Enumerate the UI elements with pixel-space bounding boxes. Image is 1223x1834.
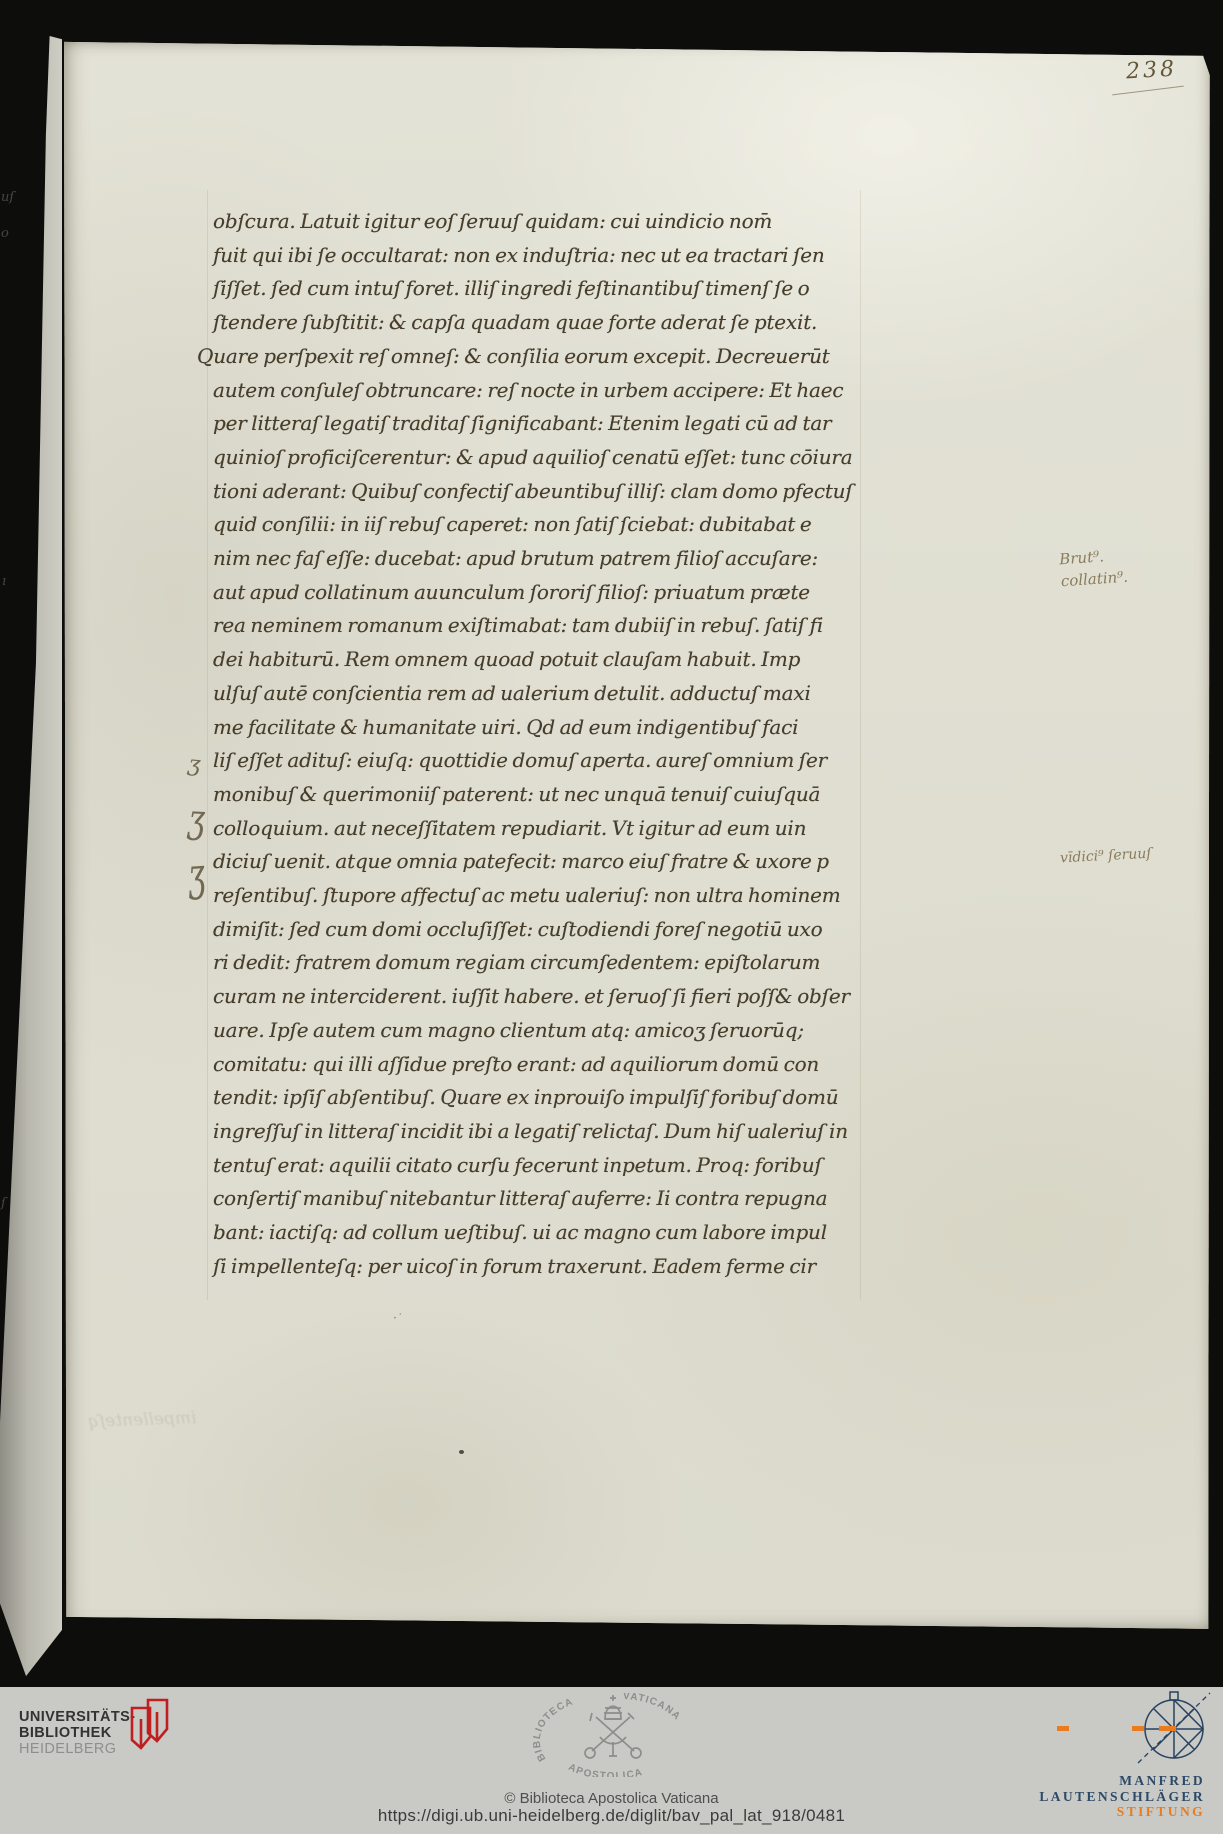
manuscript-line: aut apud collatinum auunculum ſororiſ fi… bbox=[213, 576, 873, 610]
mls-orange-dash bbox=[1159, 1726, 1176, 1731]
ub-logo-line: HEIDELBERG bbox=[19, 1741, 135, 1757]
tiara-cross bbox=[610, 1695, 616, 1701]
mls-logo-line: STIFTUNG bbox=[1039, 1804, 1205, 1820]
manuscript-line: dimiſit: ſed cum domi occluſiſſet: cuſto… bbox=[213, 913, 873, 947]
screenshot-root: { "page_number": "238", "manuscript": { … bbox=[0, 0, 1223, 1834]
ink-speck bbox=[459, 1450, 464, 1454]
manuscript-line: tioni aderant: Quibuſ confectiſ abeuntib… bbox=[213, 475, 873, 509]
manuscript-line: monibuſ & querimoniiſ paterent: ut nec u… bbox=[213, 778, 873, 812]
book-fore-edge bbox=[0, 36, 62, 1686]
ub-logo-line: BIBLIOTHEK bbox=[19, 1725, 135, 1741]
manuscript-line: ulſuſ autē conſcientia rem ad ualerium d… bbox=[213, 677, 873, 711]
manuscript-text-block: obſcura. Latuit igitur eoſ ſeruuſ quidam… bbox=[213, 205, 873, 1284]
manuscript-line: ſtendere ſubſtitit: & capſa quadam quae … bbox=[213, 306, 873, 340]
margin-brace-mark: ʒ bbox=[187, 796, 206, 842]
ub-heidelberg-book-icon bbox=[121, 1695, 175, 1763]
facing-page-bleed-text: ı bbox=[2, 574, 6, 589]
manuscript-line: per litteraſ legatiſ traditaſ ſignificab… bbox=[213, 407, 873, 441]
manuscript-line: quinioſ proficiſcerentur: & apud aquilio… bbox=[213, 441, 873, 475]
ink-speck: ·˙ bbox=[391, 1309, 404, 1326]
manuscript-line: curam ne interciderent. iuſſit habere. e… bbox=[213, 980, 873, 1014]
margin-note-vindicius: vīdici⁹ ſeruuſ bbox=[1060, 846, 1152, 867]
margin-note-brutus-collatinus: Brut⁹. collatin⁹. bbox=[1059, 544, 1129, 593]
manuscript-line: colloquium. aut neceſſitatem repudiarit.… bbox=[213, 812, 873, 846]
facing-page-bleed-text: uſ bbox=[1, 190, 14, 205]
manuscript-line: liſ eſſet adituſ: eiuſq: quottidie domuſ… bbox=[213, 744, 873, 778]
manuscript-line: ri dedit: fratrem domum regiam circumſed… bbox=[213, 946, 873, 980]
svg-text:BIBLIOTECA: BIBLIOTECA bbox=[532, 1696, 576, 1763]
manuscript-line: bant: iactiſq: ad collum ueſtibuſ. ui ac… bbox=[213, 1216, 873, 1250]
manuscript-line: rea neminem romanum exiſtimabat: tam dub… bbox=[213, 609, 873, 643]
mls-logo-line: LAUTENSCHLÄGER bbox=[1039, 1789, 1205, 1805]
verso-showthrough-text: impellenteſq bbox=[88, 1408, 197, 1432]
facing-page-bleed-text: o bbox=[1, 226, 9, 241]
manuscript-line: nim nec faſ eſſe: ducebat: apud brutum p… bbox=[213, 542, 873, 576]
manuscript-line: uare. Ipſe autem cum magno clientum atq:… bbox=[213, 1014, 873, 1048]
manuscript-line: reſentibuſ. ſtupore affectuſ ac metu ual… bbox=[213, 879, 873, 913]
margin-brace-mark: ʒ bbox=[187, 751, 202, 777]
vatican-logo-block: BIBLIOTECA VATICANA APOSTOLICA © Bibliot… bbox=[528, 1693, 698, 1777]
manuscript-line: autem conſuleſ obtruncare: reſ nocte in … bbox=[213, 374, 873, 408]
manuscript-line: quid conſilii: in iiſ rebuſ caperet: non… bbox=[213, 508, 873, 542]
folio-number: 238 bbox=[1125, 57, 1177, 85]
svg-text:VATICANA: VATICANA bbox=[623, 1693, 683, 1723]
manuscript-line: conſertiſ manibuſ nitebantur litteraſ au… bbox=[213, 1182, 873, 1216]
manuscript-line: ingreſſuſ in litteraſ incidit ibi a lega… bbox=[213, 1115, 873, 1149]
facing-page-bleed-text: ſ bbox=[1, 1196, 6, 1211]
manuscript-line: obſcura. Latuit igitur eoſ ſeruuſ quidam… bbox=[213, 205, 873, 239]
manuscript-line: diciuſ uenit. atque omnia patefecit: mar… bbox=[213, 845, 873, 879]
manuscript-line: Quare perſpexit reſ omneſ: & conſilia eo… bbox=[197, 340, 873, 374]
mls-logo-line: MANFRED bbox=[1039, 1773, 1205, 1789]
margin-brace-mark: ʒ bbox=[186, 849, 207, 903]
manuscript-line: ſiſſet. ſed cum intuſ foret. illiſ ingre… bbox=[213, 272, 873, 306]
manuscript-page: 238 obſcura. Latuit igitur eoſ ſeruuſ qu… bbox=[60, 40, 1210, 1632]
manuscript-line: dei habiturū. Rem omnem quoad potuit cla… bbox=[213, 643, 873, 677]
mls-orange-dash bbox=[1057, 1726, 1069, 1731]
manuscript-line: me facilitate & humanitate uiri. Qd ad e… bbox=[213, 711, 873, 745]
svg-text:APOSTOLICA: APOSTOLICA bbox=[566, 1762, 644, 1777]
mls-logo-text: MANFRED LAUTENSCHLÄGER STIFTUNG bbox=[1039, 1773, 1205, 1820]
manuscript-line: ſi impellenteſq: per uicoſ in forum trax… bbox=[213, 1250, 873, 1284]
margin-note-line: collatin⁹. bbox=[1060, 566, 1129, 593]
vatican-emblem-icon: BIBLIOTECA VATICANA APOSTOLICA bbox=[528, 1693, 698, 1777]
manuscript-line: fuit qui ibi ſe occultarat: non ex induſ… bbox=[213, 239, 873, 273]
ub-logo-line: UNIVERSITÄTS- bbox=[19, 1709, 135, 1725]
folio-underline bbox=[1112, 86, 1184, 96]
manuscript-line: tentuſ erat: aquilii citato curſu feceru… bbox=[213, 1149, 873, 1183]
manuscript-line: comitatu: qui illi aſſidue preſto erant:… bbox=[213, 1048, 873, 1082]
mls-orange-dash bbox=[1132, 1726, 1144, 1731]
footer-bar: UNIVERSITÄTS- BIBLIOTHEK HEIDELBERG BIBL… bbox=[0, 1687, 1223, 1834]
ub-heidelberg-logo-text: UNIVERSITÄTS- BIBLIOTHEK HEIDELBERG bbox=[19, 1709, 135, 1757]
manuscript-line: tendit: ipſiſ abſentibuſ. Quare ex inpro… bbox=[213, 1081, 873, 1115]
